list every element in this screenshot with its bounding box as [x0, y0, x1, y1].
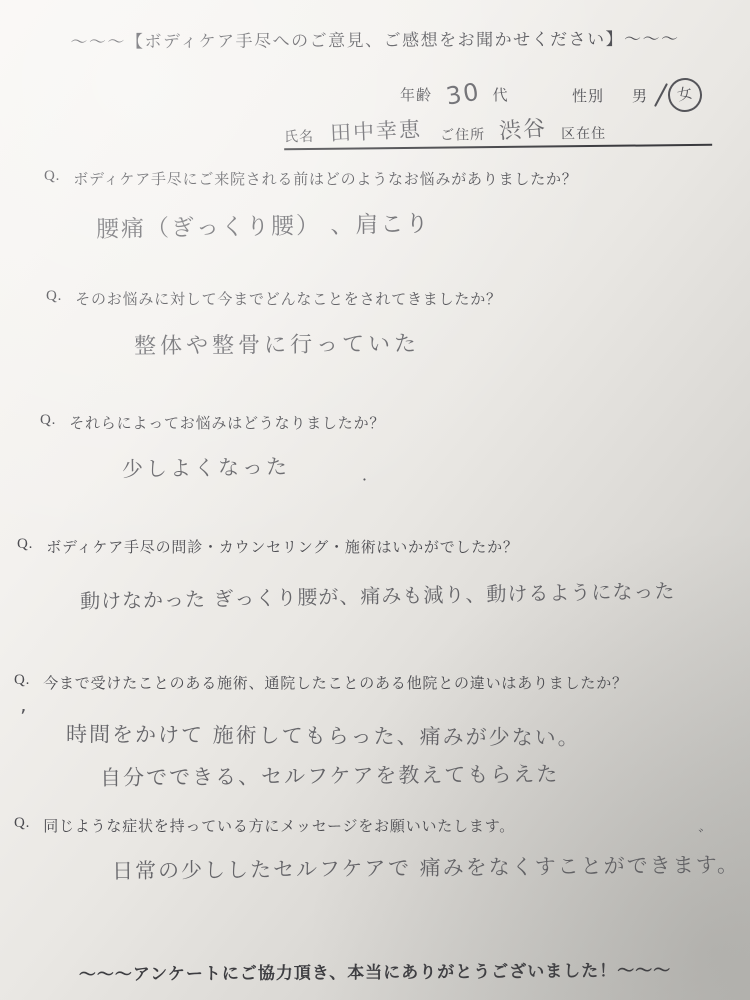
name-label: 氏名	[284, 126, 314, 146]
answer-4-handwritten: 動けなかった ぎっくり腰が、痛みも減り、動けるようになった	[80, 575, 676, 614]
questionnaire-photo: ～～～【ボディケア手尽へのご意見、ご感想をお聞かせください】～～～ 年齢 30 …	[0, 0, 750, 1000]
question-6-text: 同じような症状を持っている方にメッセージをお願いいたします。	[43, 815, 515, 836]
question-2-prefix: Q.	[46, 288, 62, 309]
question-4-text: ボディケア手尽の問診・カウンセリング・施術はいかがでしたか？	[46, 536, 519, 557]
address-label: ご住所	[440, 124, 485, 144]
gender-label: 性別	[572, 85, 604, 106]
answer-3-handwritten: 少しよくなった	[122, 451, 290, 484]
question-3: Q. それらによってお悩みはどうなりましたか？	[40, 412, 385, 433]
question-1-text: ボディケア手尽にご来院される前はどのようなお悩みがありましたか？	[73, 168, 577, 189]
page-title: ～～～【ボディケア手尽へのご意見、ご感想をお聞かせください】～～～	[0, 24, 750, 53]
age-field: 年齢 30 代	[400, 80, 509, 108]
question-1: Q. ボディケア手尽にご来院される前はどのようなお悩みがありましたか？	[44, 168, 578, 189]
question-5-prefix: Q.	[14, 672, 30, 693]
answer-5-line2-handwritten: 自分でできる、セルフケアを教えてもらえた	[100, 758, 560, 792]
stray-dakuten-mark: ゛	[698, 824, 714, 847]
question-5-text: 今まで受けたことのある施術、通院したことのある他院との違いはありましたか？	[43, 672, 628, 693]
answer-6-handwritten: 日常の少ししたセルフケアで 痛みをなくすことができます。	[112, 849, 740, 886]
question-4: Q. ボディケア手尽の問診・カウンセリング・施術はいかがでしたか？	[17, 536, 519, 557]
answer-1-handwritten: 腰痛（ぎっくり腰） 、肩こり	[96, 205, 431, 244]
age-label: 年齢	[400, 84, 432, 105]
name-address-line: 氏名 田中幸恵 ご住所 渋谷 区在住	[284, 110, 712, 150]
gender-field: 性別 男 女	[572, 78, 702, 112]
footer-thanks: ～～～アンケートにご協力頂き、本当にありがとうございました！～～～	[0, 955, 750, 985]
question-4-prefix: Q.	[17, 536, 33, 557]
question-6: Q. 同じような症状を持っている方にメッセージをお願いいたします。	[14, 815, 515, 836]
question-1-prefix: Q.	[44, 168, 60, 189]
slash-mark	[654, 83, 668, 107]
question-5: Q. 今まで受けたことのある施術、通院したことのある他院との違いはありましたか？	[14, 672, 628, 693]
address-suffix-label: 区在住	[561, 123, 606, 143]
age-suffix-label: 代	[493, 84, 509, 105]
age-value-handwritten: 30	[444, 77, 483, 110]
question-2: Q. そのお悩みに対して今までどんなことをされてきましたか？	[46, 288, 502, 309]
address-value-handwritten: 渋谷	[498, 111, 548, 146]
question-3-text: それらによってお悩みはどうなりましたか？	[69, 412, 385, 433]
question-2-text: そのお悩みに対して今までどんなことをされてきましたか？	[75, 288, 502, 309]
answer-2-handwritten: 整体や整骨に行っていた	[134, 327, 420, 360]
stray-dot-mark: ．	[362, 462, 378, 485]
stray-apostrophe-mark: ’	[20, 705, 26, 729]
question-3-prefix: Q.	[40, 412, 56, 433]
answer-5-line1-handwritten: 時間をかけて 施術してもらった、痛みが少ない。	[66, 718, 581, 752]
question-6-prefix: Q.	[14, 815, 30, 836]
gender-male-label: 男	[632, 85, 648, 106]
name-value-handwritten: 田中幸恵	[329, 113, 422, 147]
